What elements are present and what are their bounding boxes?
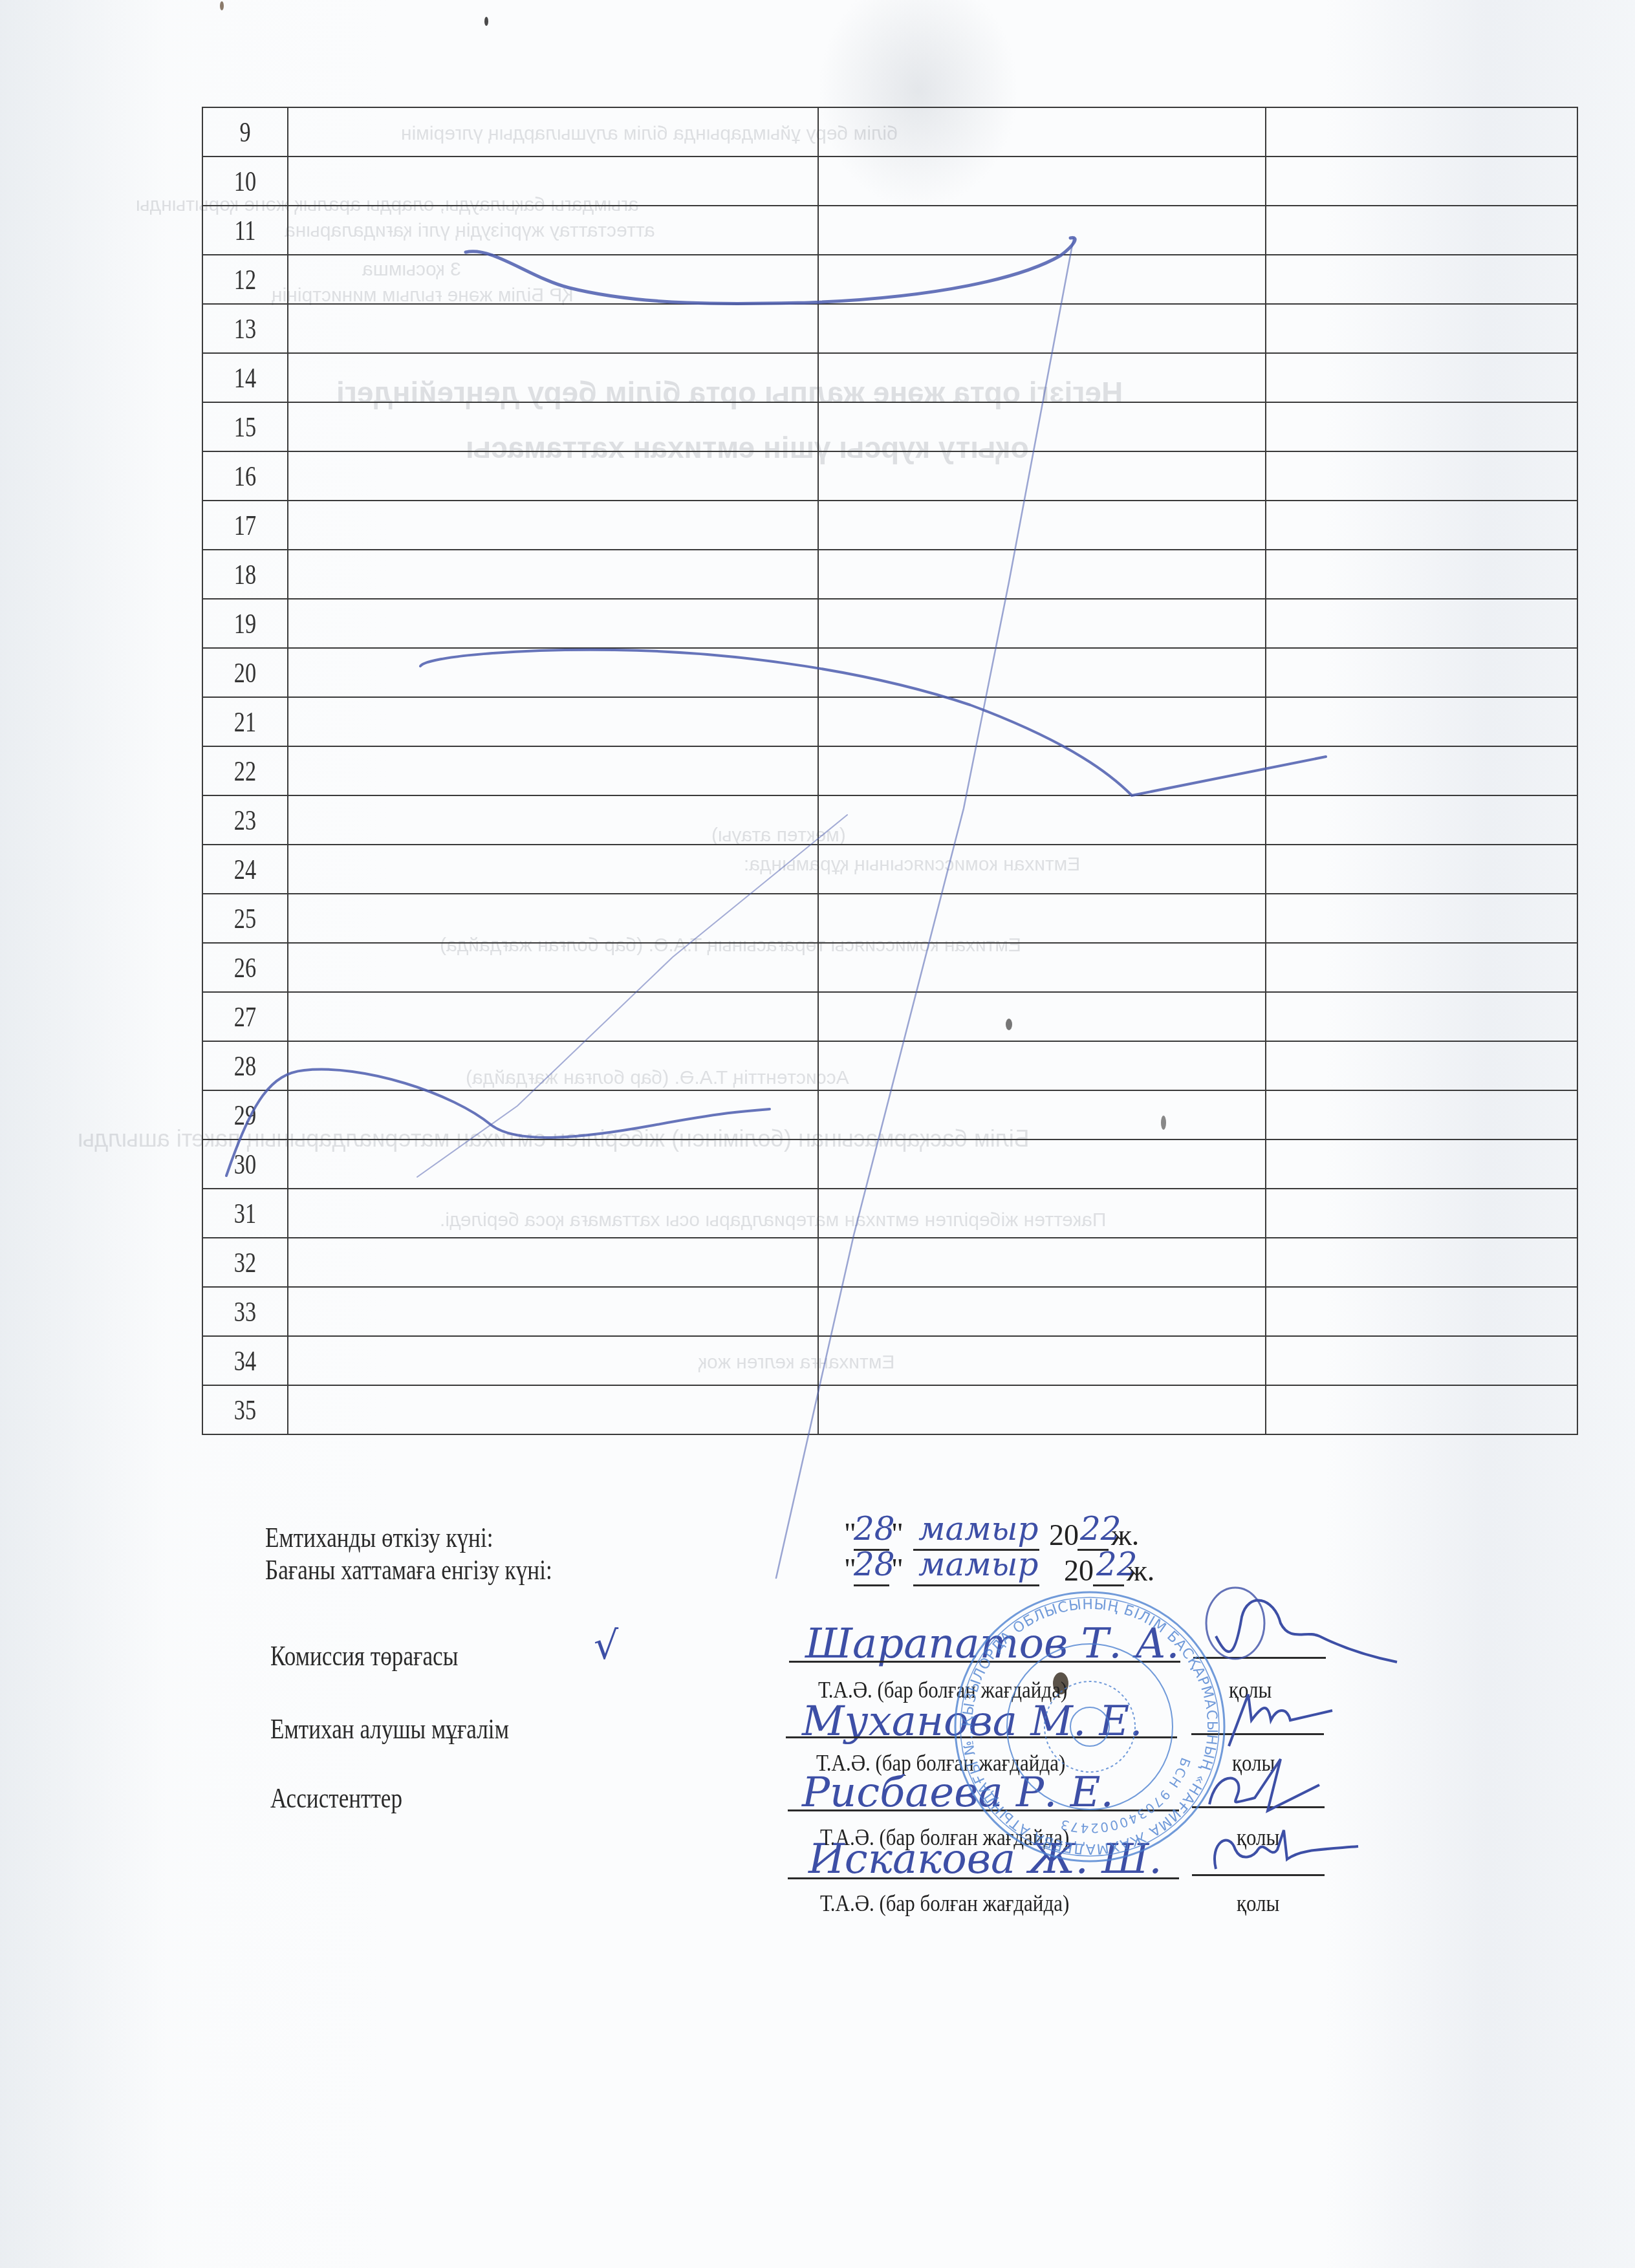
row-number: 35 [212, 1385, 279, 1434]
student-name-cell[interactable] [288, 697, 818, 746]
table-row: 9 [202, 107, 1577, 157]
row-number: 10 [212, 157, 279, 206]
student-name-cell[interactable] [288, 501, 818, 550]
assistant-1-sign-line [1192, 1806, 1325, 1808]
exam-results-table: 9101112131415161718192021222324252627282… [202, 107, 1578, 1435]
grade-cell[interactable] [818, 845, 1266, 894]
grade-cell[interactable] [818, 157, 1266, 206]
teacher-name-line [786, 1736, 1177, 1738]
table-row: 32 [202, 1238, 1577, 1287]
teacher-role-label: Емтихан алушы мұғалім [270, 1712, 509, 1745]
row-number: 12 [212, 255, 279, 304]
exam-date-day: 28 [854, 1510, 895, 1548]
row-number: 19 [212, 599, 279, 648]
table-row: 35 [202, 1385, 1577, 1434]
student-name-cell[interactable] [288, 353, 818, 402]
row-number: 9 [212, 107, 279, 157]
table-row: 30 [202, 1139, 1577, 1189]
grade-cell[interactable] [818, 1041, 1266, 1090]
scan-speck [1006, 1019, 1012, 1030]
assistant-2-name-handwritten[interactable]: Искакова Ж. Ш. [808, 1835, 1162, 1883]
student-name-cell[interactable] [288, 746, 818, 795]
grade-cell[interactable] [818, 1189, 1266, 1238]
table-row: 20 [202, 648, 1577, 697]
student-name-cell[interactable] [288, 1336, 818, 1385]
row-number: 24 [212, 845, 279, 894]
exam-date-label: Емтиханды өткізу күні: [265, 1521, 493, 1554]
table-row: 12 [202, 255, 1577, 304]
grade-entry-date-year-prefix: 20 [1064, 1553, 1094, 1588]
row-number: 15 [212, 402, 279, 451]
row-number: 33 [212, 1287, 279, 1336]
table-row: 31 [202, 1189, 1577, 1238]
row-number: 22 [212, 746, 279, 795]
signature-cell[interactable] [1266, 697, 1577, 746]
grade-cell[interactable] [818, 648, 1266, 697]
table-row: 18 [202, 550, 1577, 599]
table-row: 33 [202, 1287, 1577, 1336]
assistants-role-label: Ассистенттер [270, 1782, 402, 1815]
grade-cell[interactable] [818, 206, 1266, 255]
student-name-cell[interactable] [288, 451, 818, 501]
signature-cell[interactable] [1266, 992, 1577, 1041]
row-number: 26 [212, 943, 279, 992]
chair-checkmark: √ [594, 1623, 618, 1669]
table-row: 26 [202, 943, 1577, 992]
row-number: 30 [212, 1139, 279, 1189]
signature-cell[interactable] [1266, 107, 1577, 157]
student-name-cell[interactable] [288, 255, 818, 304]
grade-cell[interactable] [818, 1385, 1266, 1434]
grade-cell[interactable] [818, 1139, 1266, 1189]
signature-cell[interactable] [1266, 402, 1577, 451]
row-number: 11 [212, 206, 279, 255]
grade-entry-date-suffix: ж. [1127, 1553, 1154, 1588]
table-row: 24 [202, 845, 1577, 894]
signature-cell[interactable] [1266, 943, 1577, 992]
student-name-cell[interactable] [288, 402, 818, 451]
assistant-1-name-line [788, 1809, 1179, 1811]
table-row: 13 [202, 304, 1577, 353]
grade-cell[interactable] [818, 943, 1266, 992]
assistant-2-name-line [788, 1877, 1179, 1879]
student-name-cell[interactable] [288, 648, 818, 697]
student-name-cell[interactable] [288, 1287, 818, 1336]
grade-cell[interactable] [818, 1336, 1266, 1385]
grade-cell[interactable] [818, 894, 1266, 943]
signature-cell[interactable] [1266, 746, 1577, 795]
grade-cell[interactable] [818, 1287, 1266, 1336]
assistant-2-fio-caption: Т.А.Ә. (бар болған жағдайда) [820, 1890, 1069, 1917]
signature-cell[interactable] [1266, 1090, 1577, 1139]
chair-sign-line [1193, 1657, 1326, 1659]
scan-speck [220, 1, 224, 10]
student-name-cell[interactable] [288, 107, 818, 157]
row-number: 32 [212, 1238, 279, 1287]
student-name-cell[interactable] [288, 1385, 818, 1434]
grade-cell[interactable] [818, 353, 1266, 402]
signature-cell[interactable] [1266, 353, 1577, 402]
scan-speck [1161, 1116, 1166, 1130]
student-name-cell[interactable] [288, 943, 818, 992]
signature-cell[interactable] [1266, 304, 1577, 353]
table-row: 28 [202, 1041, 1577, 1090]
row-number: 28 [212, 1041, 279, 1090]
signature-cell[interactable] [1266, 1336, 1577, 1385]
row-number: 14 [212, 353, 279, 402]
table-row: 34 [202, 1336, 1577, 1385]
table-row: 27 [202, 992, 1577, 1041]
signature-cell[interactable] [1266, 795, 1577, 845]
assistant-2-sign-caption: қолы [1237, 1890, 1279, 1917]
student-name-cell[interactable] [288, 157, 818, 206]
table-row: 21 [202, 697, 1577, 746]
signature-cell[interactable] [1266, 501, 1577, 550]
grade-cell[interactable] [818, 992, 1266, 1041]
student-name-cell[interactable] [288, 1238, 818, 1287]
student-name-cell[interactable] [288, 550, 818, 599]
student-name-cell[interactable] [288, 1090, 818, 1139]
chair-sign-caption: қолы [1229, 1676, 1272, 1703]
signature-cell[interactable] [1266, 550, 1577, 599]
signature-cell[interactable] [1266, 648, 1577, 697]
student-name-cell[interactable] [288, 1189, 818, 1238]
grade-cell[interactable] [818, 107, 1266, 157]
chair-role-label: Комиссия төрағасы [270, 1639, 458, 1672]
signature-cell[interactable] [1266, 1041, 1577, 1090]
signature-cell[interactable] [1266, 255, 1577, 304]
signature-cell[interactable] [1266, 1287, 1577, 1336]
grade-entry-date-month: мамыр [918, 1546, 1038, 1583]
grade-entry-date-label: Бағаны хаттамаға енгізу күні: [265, 1553, 552, 1586]
grade-cell[interactable] [818, 795, 1266, 845]
row-number: 29 [212, 1090, 279, 1139]
grade-cell[interactable] [818, 746, 1266, 795]
signature-cell[interactable] [1266, 1385, 1577, 1434]
row-number: 13 [212, 304, 279, 353]
signature-cell[interactable] [1266, 157, 1577, 206]
row-number: 34 [212, 1336, 279, 1385]
row-number: 16 [212, 451, 279, 501]
signature-cell[interactable] [1266, 894, 1577, 943]
table-row: 16 [202, 451, 1577, 501]
signature-cell[interactable] [1266, 845, 1577, 894]
grade-cell[interactable] [818, 697, 1266, 746]
row-number: 20 [212, 648, 279, 697]
signature-cell[interactable] [1266, 1189, 1577, 1238]
grade-cell[interactable] [818, 1090, 1266, 1139]
grade-cell[interactable] [818, 255, 1266, 304]
row-number: 21 [212, 697, 279, 746]
signature-cell[interactable] [1266, 599, 1577, 648]
student-name-cell[interactable] [288, 599, 818, 648]
assistant-2-sign-line [1192, 1874, 1325, 1876]
student-name-cell[interactable] [288, 894, 818, 943]
table-row: 11 [202, 206, 1577, 255]
table-row: 15 [202, 402, 1577, 451]
grade-cell[interactable] [818, 501, 1266, 550]
table-row: 14 [202, 353, 1577, 402]
table-row: 17 [202, 501, 1577, 550]
grade-cell[interactable] [818, 402, 1266, 451]
signature-cell[interactable] [1266, 206, 1577, 255]
student-name-cell[interactable] [288, 206, 818, 255]
table-row: 25 [202, 894, 1577, 943]
student-name-cell[interactable] [288, 304, 818, 353]
student-name-cell[interactable] [288, 1139, 818, 1189]
signature-cell[interactable] [1266, 1139, 1577, 1189]
grade-entry-date-day: 28 [854, 1546, 895, 1583]
table-row: 29 [202, 1090, 1577, 1139]
chair-name-line [789, 1661, 1180, 1663]
row-number: 23 [212, 795, 279, 845]
student-name-cell[interactable] [288, 795, 818, 845]
table-row: 23 [202, 795, 1577, 845]
signature-cell[interactable] [1266, 451, 1577, 501]
row-number: 25 [212, 894, 279, 943]
row-number: 27 [212, 992, 279, 1041]
row-number: 31 [212, 1189, 279, 1238]
student-name-cell[interactable] [288, 992, 818, 1041]
exam-date-year-prefix: 20 [1049, 1518, 1079, 1552]
row-number: 17 [212, 501, 279, 550]
table-row: 22 [202, 746, 1577, 795]
assistant-1-sign-caption: қолы [1237, 1824, 1279, 1851]
grade-cell[interactable] [818, 1238, 1266, 1287]
grade-cell[interactable] [818, 304, 1266, 353]
table-row: 10 [202, 157, 1577, 206]
grade-cell[interactable] [818, 451, 1266, 501]
scan-speck [484, 17, 488, 26]
table-row: 19 [202, 599, 1577, 648]
exam-date-month: мамыр [918, 1510, 1038, 1548]
teacher-sign-line [1191, 1733, 1324, 1735]
grade-cell[interactable] [818, 599, 1266, 648]
student-name-cell[interactable] [288, 845, 818, 894]
teacher-sign-caption: қолы [1232, 1749, 1275, 1777]
student-name-cell[interactable] [288, 1041, 818, 1090]
grade-cell[interactable] [818, 550, 1266, 599]
signature-cell[interactable] [1266, 1238, 1577, 1287]
row-number: 18 [212, 550, 279, 599]
